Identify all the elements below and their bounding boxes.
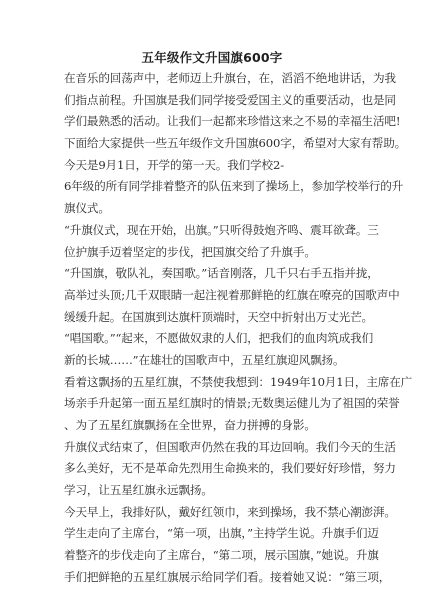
text-line: 学们最熟悉的活动。让我们一起都来珍惜这来之不易的幸福生活吧! (64, 111, 360, 133)
text-line: 学习，让五星红旗永远飘扬。 (64, 480, 360, 502)
text-line: “升国旗，敬队礼，奏国歌。”话音刚落，几千只右手五指并拢， (64, 263, 360, 285)
text-line: 新的长城……”在雄壮的国歌声中，五星红旗迎风飘扬。 (64, 350, 360, 372)
text-line: 们指点前程。升国旗是我们同学接受爱国主义的重要活动，也是同 (64, 90, 360, 112)
text-line: 手们把鲜艳的五星红旗展示给同学们看。接着她又说：“第三项， (64, 567, 360, 589)
text-line: 今天是9月1日，开学的第一天。我们学校2- (64, 155, 360, 177)
text-line: “唱国歌。”“起来，不愿做奴隶的人们，把我们的血肉筑成我们 (64, 328, 360, 350)
text-line: 学生走向了主席台，“第一项，出旗，”主持学生说。升旗手们迈 (64, 523, 360, 545)
text-line: 在音乐的回荡声中，老师迈上升旗台，在，滔滔不绝地讲话，为我 (64, 68, 360, 90)
document-page: 五年级作文升国旗600字 在音乐的回荡声中，老师迈上升旗台，在，滔滔不绝地讲话，… (0, 0, 424, 600)
document-body: 在音乐的回荡声中，老师迈上升旗台，在，滔滔不绝地讲话，为我 们指点前程。升国旗是… (64, 68, 360, 589)
text-line: 位护旗手迈着坚定的步伐，把国旗交给了升旗手。 (64, 242, 360, 264)
text-line: “升旗仪式，现在开始，出旗。”只听得鼓炮齐鸣、震耳欲聋。三 (64, 220, 360, 242)
text-line: 6年级的所有同学排着整齐的队伍来到了操场上，参加学校举行的升 (64, 176, 360, 198)
text-line: 旗仪式。 (64, 198, 360, 220)
document-title: 五年级作文升国旗600字 (0, 50, 424, 66)
text-line: 升旗仪式结束了，但国歌声仍然在我的耳边回响。我们今天的生活 (64, 437, 360, 459)
text-line: 下面给大家提供一些五年级作文升国旗600字，希望对大家有帮助。 (64, 133, 360, 155)
text-line: 场亲手升起第一面五星红旗时的情景;无数奥运健儿为了祖国的荣誉 (64, 393, 360, 415)
text-line: 看着这飘扬的五星红旗，不禁使我想到：1949年10月1日，主席在广 (64, 372, 360, 394)
text-line: 、为了五星红旗飘扬在全世界，奋力拼搏的身影。 (64, 415, 360, 437)
text-line: 缓缓升起。在国旗到达旗杆顶端时，天空中折射出万丈光芒。 (64, 307, 360, 329)
text-line: 多么美好，无不是革命先烈用生命换来的，我们要好好珍惜，努力 (64, 458, 360, 480)
text-line: 高举过头顶;几千双眼睛一起注视着那鲜艳的红旗在嘹亮的国歌声中 (64, 285, 360, 307)
text-line: 今天早上，我排好队，戴好红领巾，来到操场，我不禁心潮澎湃。 (64, 502, 360, 524)
text-line: 着整齐的步伐走向了主席台，“第二项，展示国旗，”她说。升旗 (64, 545, 360, 567)
